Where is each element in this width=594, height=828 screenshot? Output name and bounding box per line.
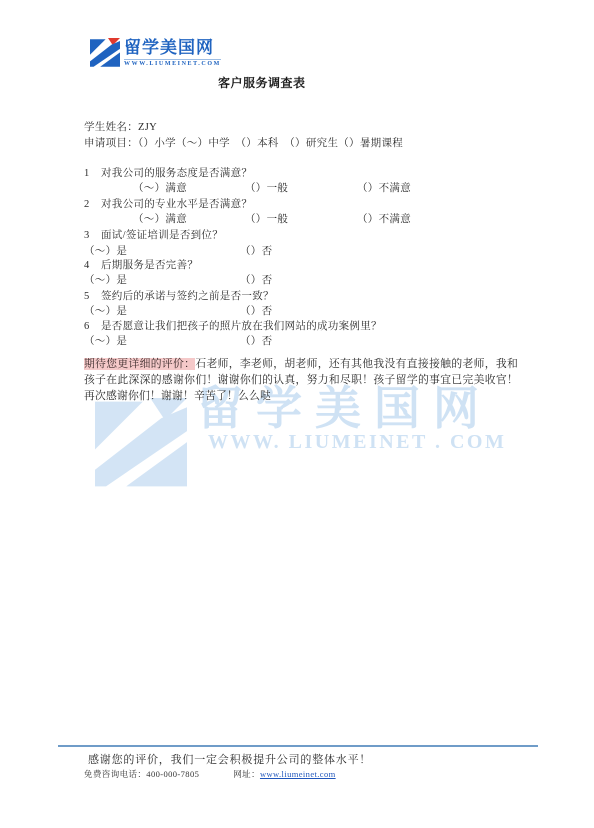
brand-name: 留学美国网 bbox=[124, 38, 221, 57]
question-text: 对我公司的服务态度是否满意？ bbox=[101, 168, 252, 179]
q2-option-neutral: （）一般 bbox=[245, 211, 288, 226]
page-title: 客户服务调查表 bbox=[218, 74, 306, 91]
q5-option-no: （）否 bbox=[240, 303, 272, 318]
brand-logo-icon bbox=[90, 38, 120, 68]
apply-items-line: 申请项目：（）小学（～）中学 （）本科 （）研究生（）暑期课程 bbox=[84, 135, 403, 150]
q6-option-no: （）否 bbox=[240, 333, 272, 348]
header-logo: 留学美国网 WWW.LIUMEINET.COM bbox=[90, 38, 221, 68]
q2-option-satisfied: （～）满意 bbox=[133, 211, 187, 226]
question-6: 6是否愿意让我们把孩子的照片放在我们网站的成功案例里？ bbox=[84, 318, 382, 333]
footer-phone: 免费咨询电话：400-000-7805 bbox=[84, 769, 199, 779]
q4-option-yes: （～）是 bbox=[84, 272, 127, 287]
question-text: 后期服务是否完善？ bbox=[101, 260, 198, 271]
q1-option-neutral: （）一般 bbox=[245, 180, 288, 195]
footer-site-link[interactable]: www.liumeinet.com bbox=[260, 769, 336, 779]
q1-option-satisfied: （～）满意 bbox=[133, 180, 187, 195]
question-number: 6 bbox=[84, 321, 101, 332]
footer-contact-line: 免费咨询电话：400-000-7805网址：www.liumeinet.com bbox=[84, 768, 336, 780]
q3-option-yes: （～）是 bbox=[84, 243, 127, 258]
comment-paragraph: 期待您更详细的评价：石老师，李老师，胡老师，还有其他我没有直接接触的老师，我和孩… bbox=[84, 356, 518, 404]
watermark-logo-icon bbox=[95, 398, 187, 490]
question-2: 2对我公司的专业水平是否满意？ bbox=[84, 196, 252, 211]
q2-option-unsatisfied: （）不满意 bbox=[357, 211, 411, 226]
survey-document-page: 留学美国网 WWW. LIUMEINET . COM 留学美国网 WWW.LIU… bbox=[0, 0, 594, 828]
comment-highlight: 期待您更详细的评价： bbox=[84, 358, 195, 370]
question-text: 面试/签证培训是否到位？ bbox=[101, 230, 223, 241]
question-number: 1 bbox=[84, 168, 101, 179]
watermark-url-text: WWW. LIUMEINET . COM bbox=[208, 431, 506, 453]
question-1: 1对我公司的服务态度是否满意？ bbox=[84, 165, 252, 180]
question-number: 4 bbox=[84, 260, 101, 271]
q4-option-no: （）否 bbox=[240, 272, 272, 287]
q1-option-unsatisfied: （）不满意 bbox=[357, 180, 411, 195]
footer-thanks-line: 感谢您的评价，我们一定会积极提升公司的整体水平！ bbox=[88, 751, 371, 767]
question-text: 签约后的承诺与签约之前是否一致？ bbox=[101, 291, 274, 302]
question-4: 4后期服务是否完善？ bbox=[84, 257, 198, 272]
student-name-line: 学生姓名：ZJY bbox=[84, 119, 157, 134]
brand-url: WWW.LIUMEINET.COM bbox=[124, 59, 221, 67]
q5-option-yes: （～）是 bbox=[84, 303, 127, 318]
question-5: 5签约后的承诺与签约之前是否一致？ bbox=[84, 288, 274, 303]
question-number: 3 bbox=[84, 230, 101, 241]
question-text: 对我公司的专业水平是否满意？ bbox=[101, 199, 252, 210]
footer-site-label: 网址： bbox=[233, 769, 260, 779]
question-number: 2 bbox=[84, 199, 101, 210]
q3-option-no: （）否 bbox=[240, 243, 272, 258]
question-text: 是否愿意让我们把孩子的照片放在我们网站的成功案例里？ bbox=[101, 321, 382, 332]
question-3: 3面试/签证培训是否到位？ bbox=[84, 227, 223, 242]
question-number: 5 bbox=[84, 291, 101, 302]
footer-divider bbox=[58, 745, 538, 747]
q6-option-yes: （～）是 bbox=[84, 333, 127, 348]
